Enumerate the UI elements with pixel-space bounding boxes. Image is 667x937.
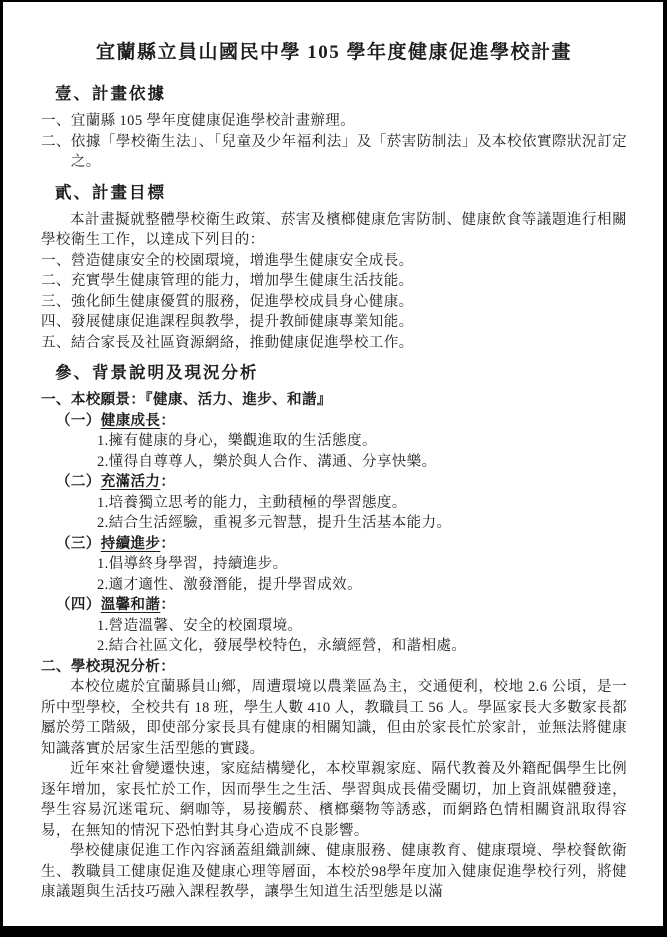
analysis-paragraph: 近年來社會變遷快速，家庭結構變化，本校單親家庭、隔代教養及外籍配偶學生比例逐年增… [41,759,627,841]
vision-subheading: （四）溫馨和諧： [56,595,627,616]
list-marker: 五、 [41,333,71,354]
list-item: 三、 強化師生健康優質的服務，促進學校成員身心健康。 [41,292,627,313]
vision-point: 2.結合生活經驗，重視多元智慧，提升生活基本能力。 [41,513,627,534]
vision-heading: 一、 本校願景：『健康、活力、進步、和諧』 [41,390,627,411]
vision-subheading: （一）健康成長： [56,411,627,432]
sub-colon: ： [160,413,175,429]
list-marker: 二、 [41,271,71,292]
list-item: 一、 營造健康安全的校園環境，增進學生健康安全成長。 [41,251,627,272]
list-marker: 三、 [41,292,71,313]
sub-marker: （一） [56,413,101,429]
vision-point: 1.擁有健康的身心，樂觀進取的生活態度。 [41,431,627,452]
vision-point: 2.適才適性、激發潛能，提升學習成效。 [41,575,627,596]
vision-point: 1.營造溫馨、安全的校園環境。 [41,616,627,637]
list-marker: 一、 [41,111,71,132]
list-text: 結合家長及社區資源網絡，推動健康促進學校工作。 [71,333,627,354]
sub-marker: （二） [56,474,101,490]
list-text: 發展健康促進課程與教學，提升教師健康專業知能。 [71,312,627,333]
vision-point: 2.結合社區文化，發展學校特色，永續經營，和諧相處。 [41,636,627,657]
list-text: 依據「學校衛生法」、「兒童及少年福利法」及「菸害防制法」及本校依實際狀況訂定之。 [71,132,627,173]
list-item: 二、 充實學生健康管理的能力，增加學生健康生活技能。 [41,271,627,292]
sub-title: 持續進步 [101,536,161,552]
document-page: 宜蘭縣立員山國民中學 105 學年度健康促進學校計畫 壹、計畫依據 一、 宜蘭縣… [0,0,667,937]
sub-colon: ： [160,536,175,552]
list-text: 本校願景：『健康、活力、進步、和諧』 [71,390,627,411]
sub-colon: ： [160,474,175,490]
sub-colon: ： [160,597,175,613]
list-marker: 二、 [41,132,71,153]
sub-marker: （三） [56,536,101,552]
sub-title: 充滿活力 [101,474,161,490]
sub-title: 健康成長 [101,413,161,429]
list-item: 五、 結合家長及社區資源網絡，推動健康促進學校工作。 [41,333,627,354]
vision-point: 1.培養獨立思考的能力，主動積極的學習態度。 [41,493,627,514]
list-item: 二、 依據「學校衛生法」、「兒童及少年福利法」及「菸害防制法」及本校依實際狀況訂… [41,132,627,173]
section-plan-goals-heading: 貳、計畫目標 [55,181,627,205]
sub-title: 溫馨和諧 [101,597,161,613]
list-text: 營造健康安全的校園環境，增進學生健康安全成長。 [71,251,627,272]
plan-goals-intro: 本計畫擬就整體學校衛生政策、菸害及檳榔健康危害防制、健康飲食等議題進行相關學校衛… [41,210,627,251]
list-item: 一、 宜蘭縣 105 學年度健康促進學校計畫辦理。 [41,111,627,132]
list-text: 強化師生健康優質的服務，促進學校成員身心健康。 [71,292,627,313]
section-plan-basis-heading: 壹、計畫依據 [55,82,627,106]
vision-point: 2.懂得自尊尊人，樂於與人合作、溝通、分享快樂。 [41,452,627,473]
list-text: 學校現況分析： [71,657,627,678]
list-text: 宜蘭縣 105 學年度健康促進學校計畫辦理。 [71,111,627,132]
vision-point: 1.倡導終身學習，持續進步。 [41,554,627,575]
analysis-heading: 二、 學校現況分析： [41,657,627,678]
list-item: 四、 發展健康促進課程與教學，提升教師健康專業知能。 [41,312,627,333]
vision-subheading: （二）充滿活力： [56,472,627,493]
list-marker: 一、 [41,390,71,411]
document-title: 宜蘭縣立員山國民中學 105 學年度健康促進學校計畫 [41,40,627,66]
sub-marker: （四） [56,597,101,613]
list-marker: 二、 [41,657,71,678]
list-marker: 一、 [41,251,71,272]
list-text: 充實學生健康管理的能力，增加學生健康生活技能。 [71,271,627,292]
analysis-paragraph: 學校健康促進工作內容涵蓋組織訓練、健康服務、健康教育、健康環境、學校餐飲衛生、教… [41,841,627,903]
vision-subheading: （三）持續進步： [56,534,627,555]
section-background-heading: 參、背景說明及現況分析 [55,361,627,385]
list-marker: 四、 [41,312,71,333]
analysis-paragraph: 本校位處於宜蘭縣員山鄉，周遭環境以農業區為主，交通便利，校地 2.6 公頃，是一… [41,677,627,759]
